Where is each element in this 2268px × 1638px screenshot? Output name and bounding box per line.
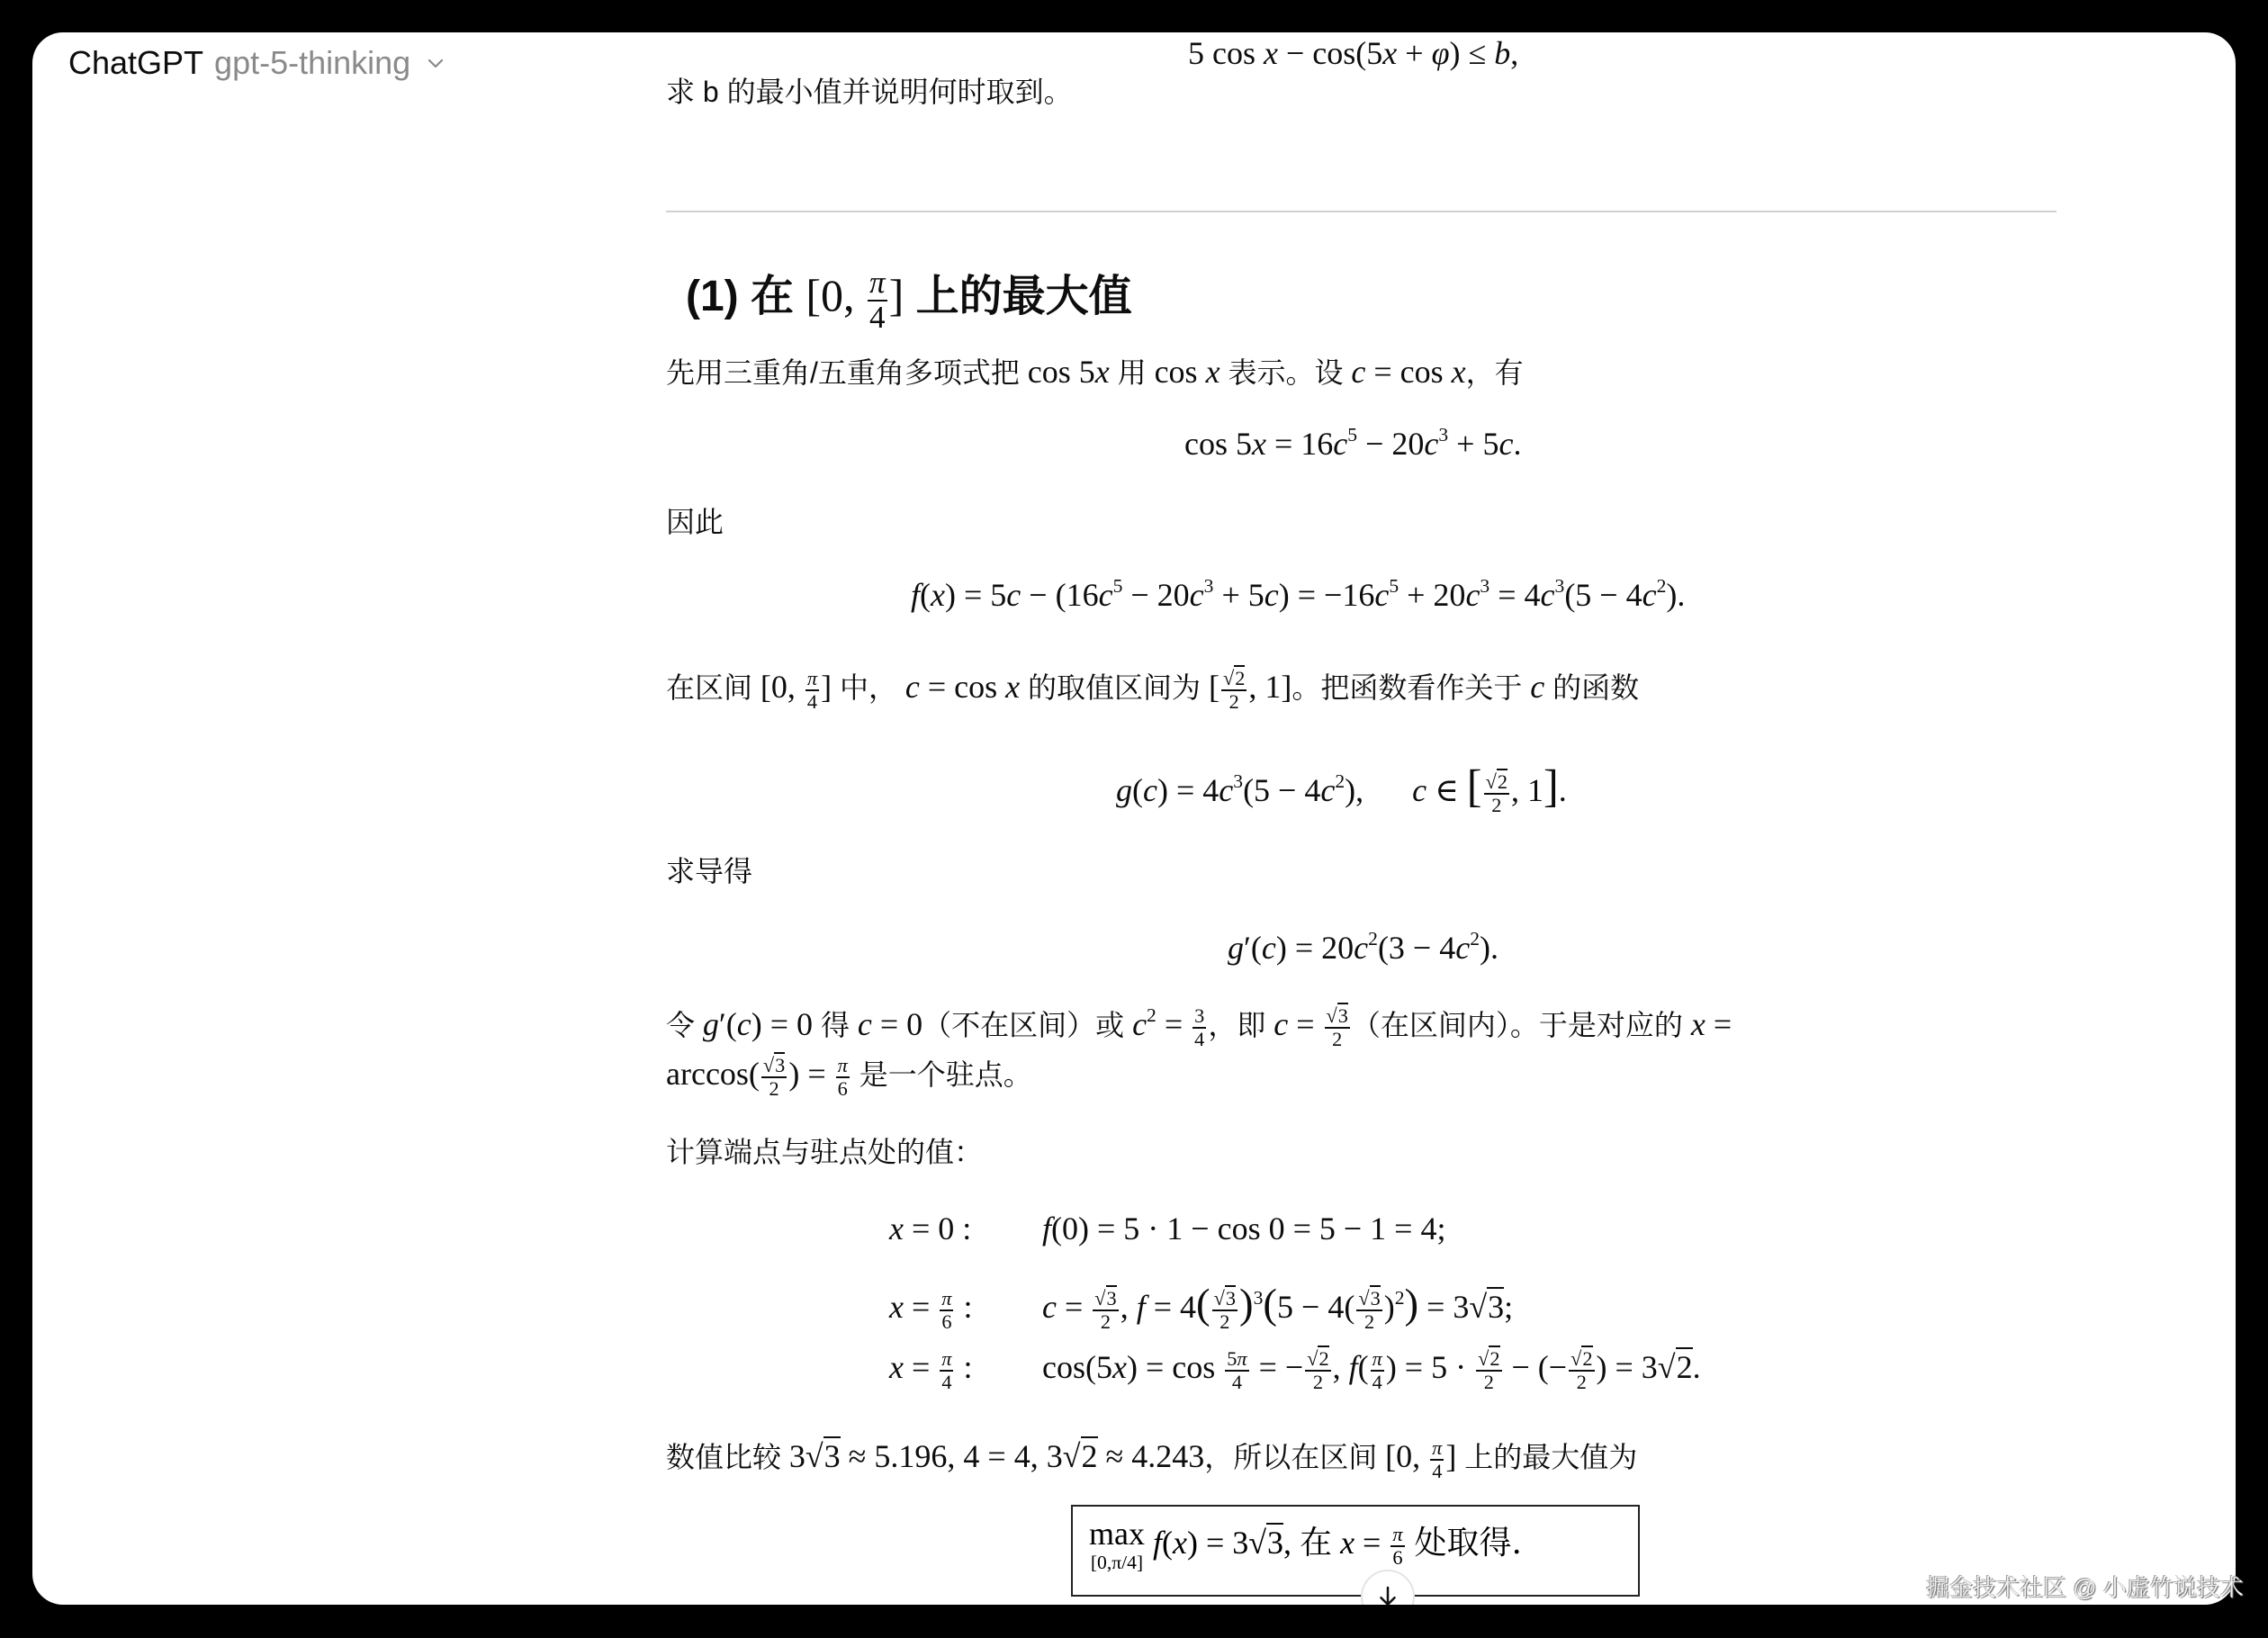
watermark: 掘金技术社区 @ 小虚竹说技术 — [1926, 1570, 2244, 1603]
arrow-down-icon — [1374, 1583, 1401, 1605]
section-heading: (1) 在 [0, π4] 上的最大值 — [686, 262, 1132, 334]
para-critical-line1: 令 g′(c) = 0 得 c = 0（不在区间）或 c2 = 34，即 c =… — [666, 1000, 1732, 1049]
eval-row-1: x = π6 :c = √32, f = 4(√32)3(5 − 4(√32)2… — [889, 1273, 1513, 1336]
para-compare: 数值比较 3√3 ≈ 5.196, 4 = 4, 3√2 ≈ 4.243，所以在… — [666, 1432, 1637, 1481]
problem-inequality: 5 cos x − cos(5x + φ) ≤ b, — [1188, 32, 1518, 77]
para-critical-line2: arccos(√32) = π6 是一个驻点。 — [666, 1049, 1032, 1099]
app-name: ChatGPT — [68, 44, 203, 82]
equation-cos5x: cos 5x = 16c5 − 20c3 + 5c. — [1184, 419, 1521, 468]
model-name[interactable]: gpt-5-thinking — [214, 44, 410, 82]
chat-window: ChatGPT gpt-5-thinking 5 cos x − cos(5x … — [32, 32, 2236, 1605]
answer-box: max[0,π/4] f(x) = 3√3, 在 x = π6 处取得. — [1071, 1505, 1640, 1597]
equation-fx: f(x) = 5c − (16c5 − 20c3 + 5c) = −16c5 +… — [911, 571, 1685, 619]
problem-question: 求 b 的最小值并说明何时取到。 — [666, 70, 1073, 113]
para-therefore: 因此 — [666, 500, 724, 544]
divider — [666, 211, 2056, 212]
eval-row-2: x = π4 :cos(5x) = cos 5π4 = −√22, f(π4) … — [889, 1343, 1701, 1392]
para-intro: 先用三重角/五重角多项式把 cos 5x 用 cos x 表示。设 c = co… — [666, 347, 1524, 396]
para-range: 在区间 [0, π4] 中， c = cos x 的取值区间为 [√22, 1]… — [666, 662, 1639, 712]
para-derivative: 求导得 — [666, 850, 752, 893]
chevron-down-icon[interactable] — [425, 52, 446, 74]
equation-gprime: g′(c) = 20c2(3 − 4c2). — [1228, 923, 1498, 972]
eval-row-0: x = 0 :f(0) = 5 · 1 − cos 0 = 5 − 1 = 4; — [889, 1204, 1445, 1253]
equation-gc: g(c) = 4c3(5 − 4c2), c ∈ [√22, 1]. — [1116, 752, 1567, 821]
para-evaluate: 计算端点与驻点处的值： — [666, 1130, 983, 1174]
model-selector[interactable]: ChatGPT gpt-5-thinking — [68, 38, 446, 88]
